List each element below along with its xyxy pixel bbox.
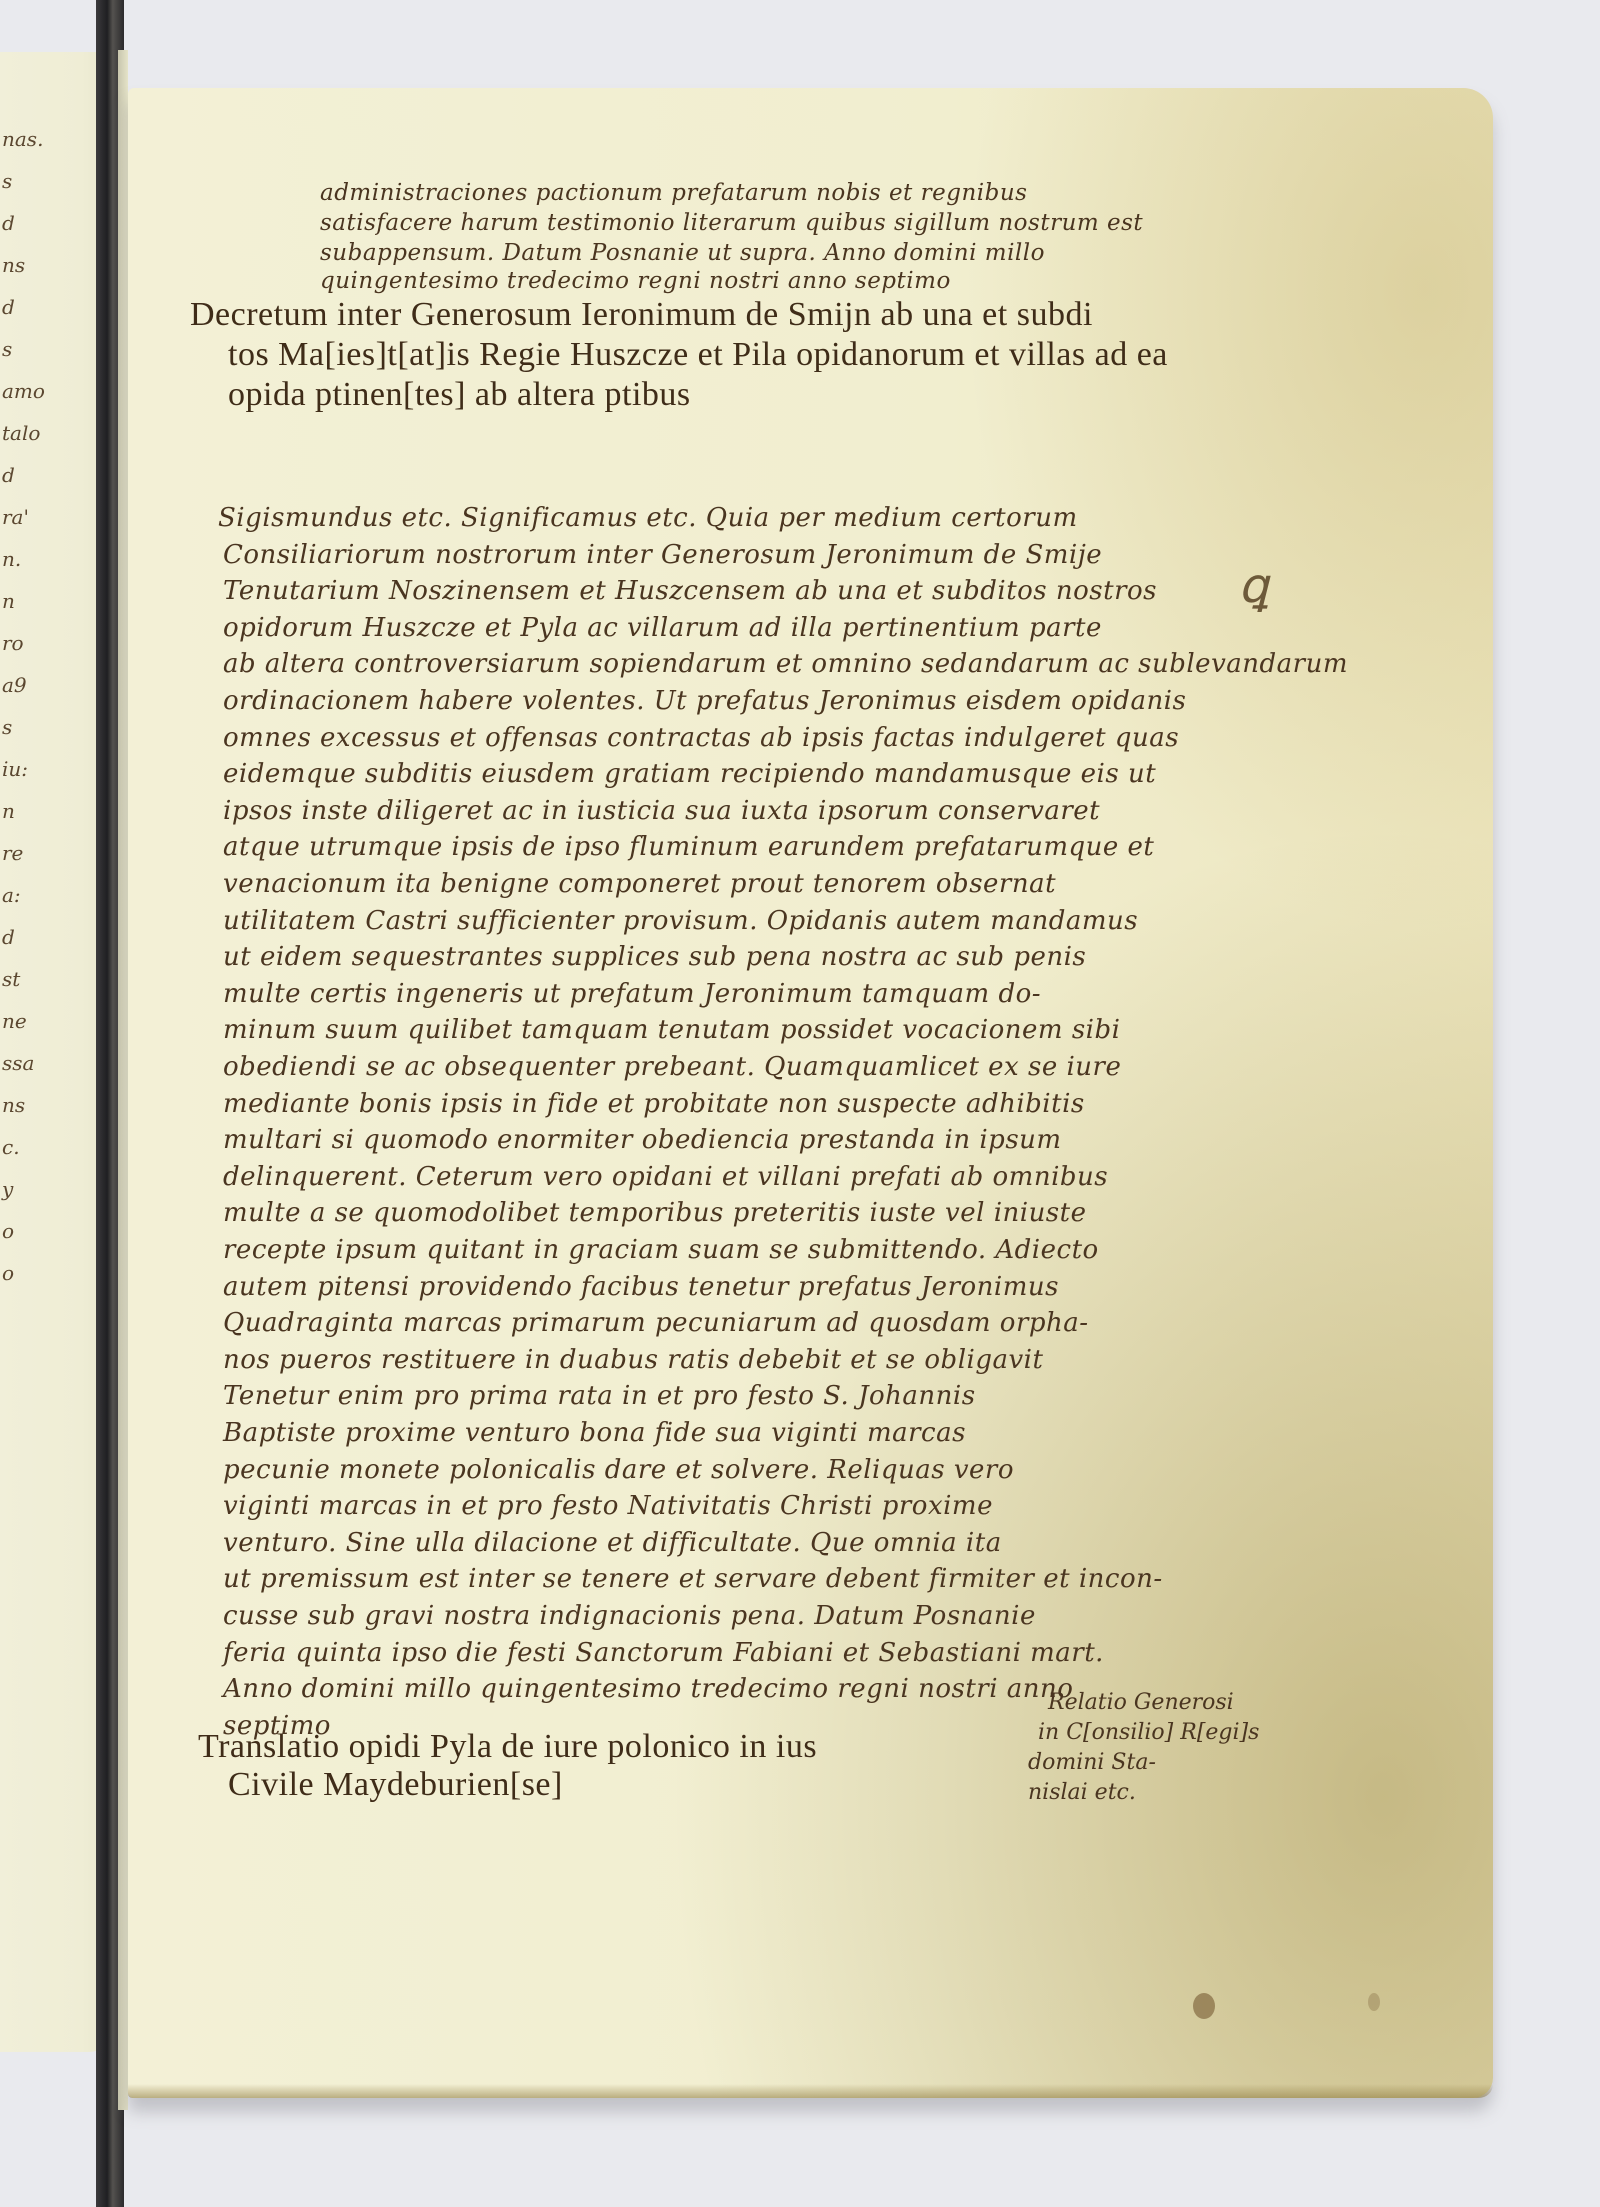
left-page-fragment: iu: xyxy=(2,757,28,781)
body-line: Tenetur enim pro prima rata in et pro fe… xyxy=(223,1381,976,1411)
left-page-fragment: st xyxy=(2,967,20,991)
body-line: multari si quomodo enormiter obediencia … xyxy=(223,1125,1062,1155)
signature-note-line: nislai etc. xyxy=(1028,1778,1259,1808)
left-page-fragment: y xyxy=(2,1177,13,1201)
left-page-fragment: n xyxy=(2,799,15,823)
left-page-fragment: ro xyxy=(2,631,24,655)
continuation-line: administraciones pactionum prefatarum no… xyxy=(320,180,1027,206)
body-line: Sigismundus etc. Significamus etc. Quia … xyxy=(218,503,1078,533)
left-page-fragment: ns xyxy=(2,253,25,277)
body-line: Quadraginta marcas primarum pecuniarum a… xyxy=(223,1308,1089,1338)
body-line: viginti marcas in et pro festo Nativitat… xyxy=(223,1491,993,1521)
left-page-fragment: talo xyxy=(2,421,40,445)
body-line: mediante bonis ipsis in fide et probitat… xyxy=(223,1089,1085,1119)
body-line: delinquerent. Ceterum vero opidani et vi… xyxy=(223,1162,1108,1192)
body-line: ut premissum est inter se tenere et serv… xyxy=(223,1564,1163,1594)
decree-heading-line: tos Ma[ies]t[at]is Regie Huszcze et Pila… xyxy=(228,336,1168,374)
left-page-fragment: ns xyxy=(2,1093,25,1117)
left-page-fragment: d xyxy=(2,925,15,949)
left-page-fragment: ne xyxy=(2,1009,27,1033)
body-line: pecunie monete polonicalis dare et solve… xyxy=(223,1455,1014,1485)
left-page-fragment: d xyxy=(2,211,15,235)
left-page-fragment: c. xyxy=(2,1135,20,1159)
left-page-fragment: amo xyxy=(2,379,45,403)
body-line: feria quinta ipso die festi Sanctorum Fa… xyxy=(223,1638,1104,1668)
left-page-fragment: d xyxy=(2,463,15,487)
body-line: ordinacionem habere volentes. Ut prefatu… xyxy=(223,686,1186,716)
left-page-fragment: o xyxy=(2,1261,14,1285)
signature-note: Relatio Generosiin C[onsilio] R[egi]sdom… xyxy=(1008,1688,1259,1808)
left-page-fragment: re xyxy=(2,841,23,865)
body-line: eidemque subditis eiusdem gratiam recipi… xyxy=(223,759,1156,789)
body-line: venturo. Sine ulla dilacione et difficul… xyxy=(223,1528,1002,1558)
body-line: autem pitensi providendo facibus tenetur… xyxy=(223,1272,1059,1302)
body-line: Baptiste proxime venturo bona fide sua v… xyxy=(223,1418,966,1448)
body-line: utilitatem Castri sufficienter provisum.… xyxy=(223,906,1138,936)
left-page-fragment: n xyxy=(2,589,15,613)
decree-heading-line: opida ptinen[tes] ab altera ptibus xyxy=(228,376,691,414)
body-line: recepte ipsum quitant in graciam suam se… xyxy=(223,1235,1099,1265)
body-line: Anno domini millo quingentesimo tredecim… xyxy=(223,1674,1073,1704)
continuation-line: satisfacere harum testimonio literarum q… xyxy=(320,210,1143,236)
spine-page-edge xyxy=(118,50,128,2110)
left-page-fragment: s xyxy=(2,715,12,739)
body-line: opidorum Huszcze et Pyla ac villarum ad … xyxy=(223,613,1102,643)
decree-heading-line: Decretum inter Generosum Ieronimum de Sm… xyxy=(190,296,1093,334)
body-line: ipsos inste diligeret ac in iusticia sua… xyxy=(223,796,1100,826)
manuscript-page: administraciones pactionum prefatarum no… xyxy=(128,88,1493,2098)
continuation-line: subappensum. Datum Posnanie ut supra. An… xyxy=(320,240,1045,266)
body-line: Consiliariorum nostrorum inter Generosum… xyxy=(223,540,1102,570)
left-page-fragment: s xyxy=(2,169,12,193)
body-line: Tenutarium Noszinensem et Huszcensem ab … xyxy=(223,576,1157,606)
body-line: ut eidem sequestrantes supplices sub pen… xyxy=(223,942,1086,972)
body-line: nos pueros restituere in duabus ratis de… xyxy=(223,1345,1043,1375)
signature-note-line: in C[onsilio] R[egi]s xyxy=(1038,1718,1259,1748)
body-line: minum suum quilibet tamquam tenutam poss… xyxy=(223,1015,1120,1045)
body-line: venacionum ita benigne componeret prout … xyxy=(223,869,1056,899)
left-page-fragment: nas. xyxy=(2,127,43,151)
page-bottom-stain xyxy=(128,2084,1493,2098)
body-line: omnes excessus et offensas contractas ab… xyxy=(223,723,1179,753)
right-margin-mark: ꝗ xyxy=(1238,558,1268,614)
signature-note-line: Relatio Generosi xyxy=(1048,1688,1259,1718)
body-line: atque utrumque ipsis de ipso fluminum ea… xyxy=(223,832,1154,862)
body-line: multe certis ingeneris ut prefatum Jeron… xyxy=(223,979,1041,1009)
continuation-line: quingentesimo tredecimo regni nostri ann… xyxy=(320,268,951,294)
body-line: cusse sub gravi nostra indignacionis pen… xyxy=(223,1601,1036,1631)
translatio-heading-line: Translatio opidi Pyla de iure polonico i… xyxy=(198,1728,817,1766)
left-page-fragment: n. xyxy=(2,547,21,571)
left-page-fragment: d xyxy=(2,295,15,319)
ink-stain xyxy=(1368,1993,1380,2011)
left-page-fragment: a: xyxy=(2,883,21,907)
left-page-fragment: s xyxy=(2,337,12,361)
left-page-fragment: ra' xyxy=(2,505,29,529)
translatio-heading-line: Civile Maydeburien[se] xyxy=(228,1766,563,1804)
body-line: ab altera controversiarum sopiendarum et… xyxy=(223,649,1348,679)
body-line: obediendi se ac obsequenter prebeant. Qu… xyxy=(223,1052,1121,1082)
body-line: multe a se quomodolibet temporibus prete… xyxy=(223,1198,1087,1228)
left-page-fragment: a9 xyxy=(2,673,27,697)
ink-stain xyxy=(1193,1993,1215,2019)
signature-note-line: domini Sta- xyxy=(1028,1748,1259,1778)
left-page-fragment: ssa xyxy=(2,1051,34,1075)
left-page-fragment: o xyxy=(2,1219,14,1243)
